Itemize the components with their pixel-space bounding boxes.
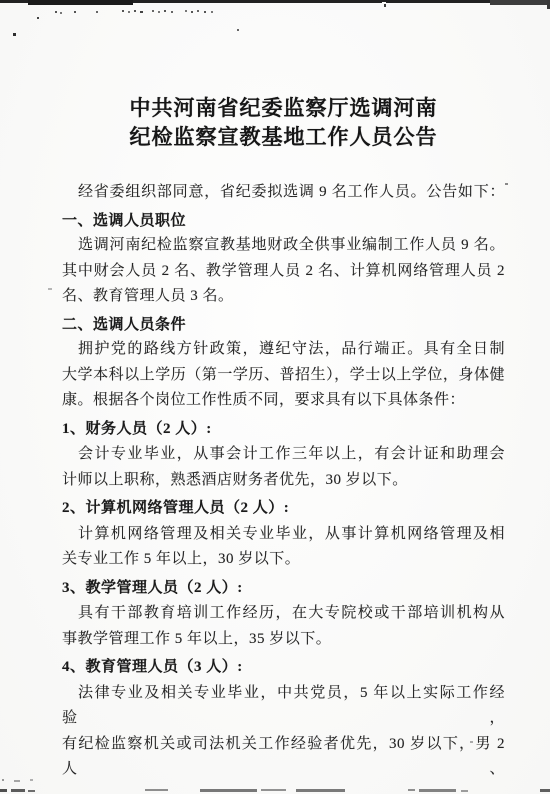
doc-line: 计师以上职称，熟悉酒店财务者优先，30 岁以下。	[62, 468, 505, 494]
doc-line: 会计专业毕业，从事会计工作三年以上，有会计证和助理会	[62, 442, 505, 468]
scanned-document-page: 中共河南省纪委监察厅选调河南 纪检监察宣教基地工作人员公告 经省委组织部同意，省…	[0, 0, 550, 794]
doc-line: 关专业工作 5 年以上，30 岁以下。	[62, 547, 505, 573]
doc-line: 选调河南纪检监察宣教基地财政全供事业编制工作人员 9 名。	[62, 233, 505, 259]
scan-speck	[13, 33, 16, 36]
scan-speck	[2, 779, 4, 781]
doc-line: 名、教育管理人员 3 名。	[62, 284, 505, 310]
doc-line: 其中财会人员 2 名、教学管理人员 2 名、计算机网络管理人员 2	[62, 259, 505, 285]
doc-title-line-1: 中共河南省纪委监察厅选调河南	[62, 94, 505, 123]
item-heading-4: 4、教育管理人员（3 人）:	[62, 655, 505, 681]
scan-speck	[505, 183, 508, 185]
doc-line: 康。根据各个岗位工作性质不同，要求具有以下具体条件：	[62, 388, 505, 414]
doc-line: 事教学管理工作 5 年以上，35 岁以下。	[62, 627, 505, 653]
doc-line: 有纪检监察机关或司法机关工作经验者优先，30 岁以下，男 2 人、	[62, 732, 505, 783]
item-heading-3: 3、教学管理人员（2 人）:	[62, 576, 505, 602]
doc-line: 计算机网络管理及相关专业毕业，从事计算机网络管理及相	[62, 522, 505, 548]
scan-speck	[37, 17, 39, 19]
doc-line: 经省委组织部同意，省纪委拟选调 9 名工作人员。公告如下：	[62, 180, 505, 206]
doc-line: 拥护党的路线方针政策，遵纪守法，品行端正。具有全日制	[62, 337, 505, 363]
scan-edge-top-right	[490, 0, 550, 5]
section-heading-2: 二、选调人员条件	[62, 312, 505, 338]
scan-edge-top-notch	[382, 2, 386, 4]
item-heading-2: 2、计算机网络管理人员（2 人）:	[62, 496, 505, 522]
doc-title-line-2: 纪检监察宣教基地工作人员公告	[62, 123, 505, 152]
doc-line: 具有干部教育培训工作经历，在大专院校或干部培训机构从	[62, 601, 505, 627]
document-body: 中共河南省纪委监察厅选调河南 纪检监察宣教基地工作人员公告 经省委组织部同意，省…	[62, 94, 505, 783]
scan-speck	[14, 780, 20, 782]
scan-speck	[30, 779, 33, 781]
scan-edge-bottom	[0, 787, 550, 794]
doc-line: 法律专业及相关专业毕业，中共党员，5 年以上实际工作经验，	[62, 681, 505, 732]
scan-edge-top-thick-left	[28, 0, 133, 5]
item-heading-1: 1、财务人员（2 人）:	[62, 417, 505, 443]
scan-edge-top	[0, 0, 550, 3]
scan-speck-row	[0, 0, 550, 16]
doc-line: 大学本科以上学历（第一学历、普招生），学士以上学位，身体健	[62, 363, 505, 389]
page-title: 中共河南省纪委监察厅选调河南 纪检监察宣教基地工作人员公告	[62, 94, 505, 152]
scan-speck	[48, 288, 52, 290]
scan-speck	[237, 29, 239, 31]
scan-speck	[384, 4, 386, 7]
section-heading-1: 一、选调人员职位	[62, 208, 505, 234]
doc-text: 经省委组织部同意，省纪委拟选调 9 名工作人员。公告如下： 一、选调人员职位 选…	[62, 180, 505, 783]
